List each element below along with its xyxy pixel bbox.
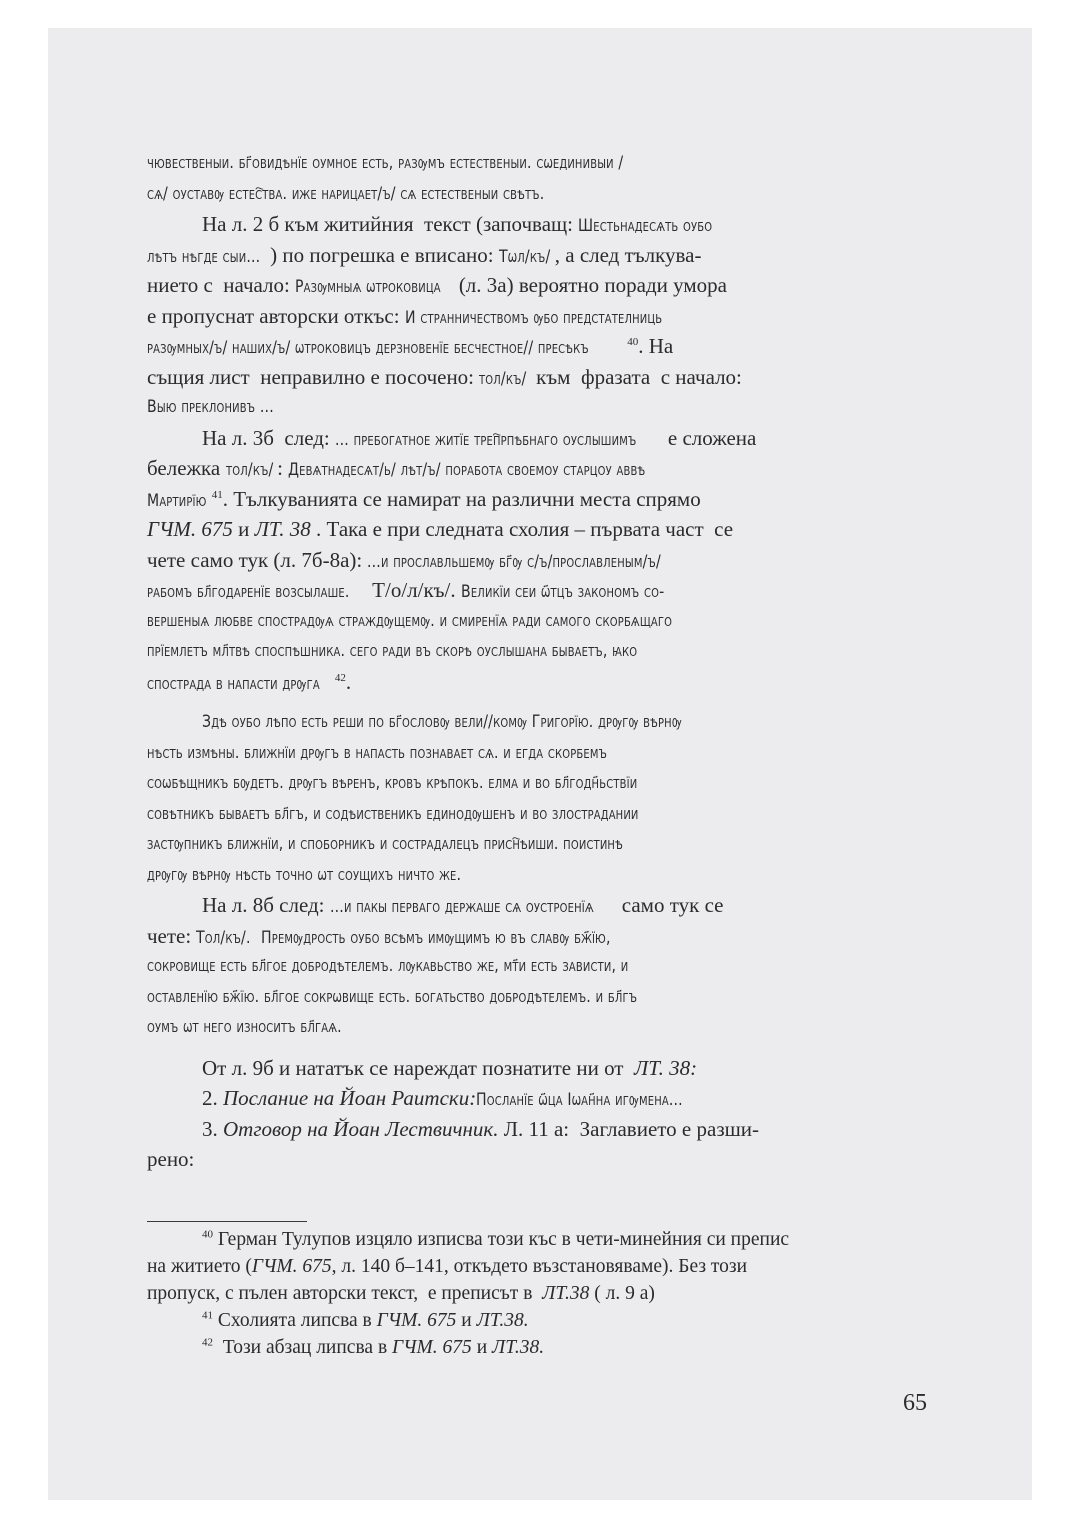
- footnote-number: 42: [202, 1337, 213, 1349]
- text-line: На л. 2 б към житийния текст (започващ: …: [147, 209, 937, 240]
- text-line: бележка тол/къ/: Девѧтнадесѧт/ь/ лѣт/ъ/ …: [147, 453, 937, 484]
- footnote-number: 40: [202, 1229, 213, 1241]
- slavonic-quote: сокровище есть бл҃гое добродѣтелемъ. лѹк…: [147, 951, 628, 982]
- slavonic-quote: лѣтъ нѣгде сыи...: [147, 242, 260, 273]
- slavonic-quote: тол/къ/: [226, 455, 273, 486]
- slavonic-quote: Здѣ оубо лѣпо есть реши по бг҃ословѹ вел…: [202, 707, 682, 738]
- page-number: 65: [903, 1390, 927, 1417]
- slavonic-quote: Посланїе ѡ҃ца Іѡан҃на игѹмена...: [476, 1085, 683, 1116]
- slavonic-quote: Великїи сеи ѡ҃тцъ закономъ со-: [461, 577, 664, 608]
- slavonic-quote: тол/къ/: [479, 364, 526, 395]
- text-line: дрѹгѹ вѣрнѹ нѣсть точно ѡт соущихъ ничто…: [147, 860, 937, 891]
- text-line: оумъ ѡт него износитъ бл҃гаѧ.: [147, 1012, 937, 1043]
- slavonic-quote: сѧ/ оуставѹ естес҇тва. иже нарицает/ъ/ с…: [147, 179, 544, 210]
- slavonic-quote: оставленїю бж҃їю. бл҃гое сокрѡвище есть.…: [147, 982, 637, 1013]
- slavonic-quote: дрѹгѹ вѣрнѹ нѣсть точно ѡт соущихъ ничто…: [147, 860, 461, 891]
- list-item: 2. Послание на Йоан Раитски:Посланїе ѡ҃ц…: [147, 1083, 937, 1114]
- work-title: Отговор на Йоан Лествичник.: [223, 1117, 499, 1141]
- text-line: Мартирїю41. Тълкуванията се намират на р…: [147, 484, 937, 515]
- text-line: ГЧМ. 675 и ЛТ. 38 . Така е при следната …: [147, 514, 937, 545]
- text-line: нѣсть измѣны. ближнїи дрѹгъ в напасть по…: [147, 738, 937, 769]
- slavonic-quote: соѡбѣщникъ бѹдетъ. дрѹгъ вѣренъ, кровъ к…: [147, 768, 637, 799]
- list-item: 3. Отговор на Йоан Лествичник. Л. 11 а: …: [147, 1114, 937, 1145]
- slavonic-quote: ... пребогатное житїе треп҇рпѣбнаго оусл…: [335, 425, 636, 456]
- footnote-42: 42 Този абзац липсва в ГЧМ. 675 и ЛТ.38.: [147, 1334, 937, 1361]
- text-line: разѹмных/ъ/ наших/ъ/ ѡтроковицъ дерзнове…: [147, 331, 937, 362]
- footnote-separator: [147, 1221, 307, 1222]
- text-line: застѹпникъ ближнїи, и споборникъ и состр…: [147, 829, 937, 860]
- slavonic-quote: ...и пакы перваго держаше сѧ оустроенїѧ: [330, 892, 594, 923]
- text-line: Выю преклонивъ ...: [147, 392, 937, 423]
- slavonic-quote: Девѧтнадесѧт/ь/ лѣт/ъ/ поработа своемоу …: [288, 455, 645, 486]
- text-line: Здѣ оубо лѣпо есть реши по бг҃ословѹ вел…: [147, 707, 937, 738]
- slavonic-quote: Выю преклонивъ ...: [147, 392, 274, 423]
- slavonic-quote: Разѹмныѧ ѡтроковица: [295, 272, 441, 303]
- slavonic-quote: застѹпникъ ближнїи, и споборникъ и состр…: [147, 829, 623, 860]
- slavonic-quote: спострада в напасти дрѹга: [147, 669, 320, 700]
- text-line: чювественыи. бг҃овидѣнїе оумное есть, ра…: [147, 148, 937, 179]
- footnote-40: 40 Герман Тулупов изцяло изписва този къ…: [147, 1226, 937, 1253]
- manuscript-siglum: ГЧМ. 675: [252, 1256, 332, 1277]
- manuscript-siglum: ЛТ. 38:: [634, 1056, 697, 1080]
- text-line: сѧ/ оуставѹ естес҇тва. иже нарицает/ъ/ с…: [147, 179, 937, 210]
- slavonic-quote: оумъ ѡт него износитъ бл҃гаѧ.: [147, 1012, 342, 1043]
- slavonic-quote: чювественыи. бг҃овидѣнїе оумное есть, ра…: [147, 148, 623, 179]
- slavonic-quote: Мартирїю: [147, 486, 207, 517]
- slavonic-quote: прїемлетъ мл҃твѣ споспѣшника. сего ради …: [147, 636, 637, 667]
- text-line: На л. 3б след: ... пребогатное житїе тре…: [147, 423, 937, 454]
- text-line: спострада в напасти дрѹга42.: [147, 667, 937, 698]
- slavonic-quote: Шестьнадесѧть оубо: [578, 211, 712, 242]
- slavonic-quote: рабомъ бл҃годаренїе возсылаше.: [147, 577, 354, 608]
- text-line: На л. 8б след: ...и пакы перваго держаше…: [147, 890, 937, 921]
- text-line: оставленїю бж҃їю. бл҃гое сокрѡвище есть.…: [147, 982, 937, 1013]
- manuscript-siglum: ЛТ.38: [542, 1283, 589, 1304]
- text-line: От л. 9б и нататък се нареждат познатите…: [147, 1053, 937, 1084]
- text-line: лѣтъ нѣгде сыи...) по погрешка е вписано…: [147, 240, 937, 271]
- footnote-ref-42[interactable]: 42: [335, 672, 346, 684]
- footnote-41: 41 Схолията липсва в ГЧМ. 675 и ЛТ.38.: [147, 1307, 937, 1334]
- text-line: е пропуснат авторски откъс: И странничес…: [147, 301, 937, 332]
- text-line: совѣтникъ бываетъ бл҃гъ, и содѣиственикъ…: [147, 799, 937, 830]
- text-line: сокровище есть бл҃гое добродѣтелемъ. лѹк…: [147, 951, 937, 982]
- slavonic-quote: нѣсть измѣны. ближнїи дрѹгъ в напасть по…: [147, 738, 607, 769]
- footnote-ref-41[interactable]: 41: [212, 489, 223, 501]
- text-line: същия лист неправилно е посочено: тол/къ…: [147, 362, 937, 393]
- slavonic-quote: разѹмных/ъ/ наших/ъ/ ѡтроковицъ дерзнове…: [147, 333, 589, 364]
- text-line: соѡбѣщникъ бѹдетъ. дрѹгъ вѣренъ, кровъ к…: [147, 768, 937, 799]
- footnote-ref-40[interactable]: 40: [627, 336, 638, 348]
- text-line: рено:: [147, 1144, 937, 1175]
- text-line: прїемлетъ мл҃твѣ споспѣшника. сего ради …: [147, 636, 937, 667]
- manuscript-siglum: ЛТ. 38: [255, 517, 311, 541]
- text-line: нието с начало: Разѹмныѧ ѡтроковица (л. …: [147, 270, 937, 301]
- footnote-40-line: на житието (ГЧМ. 675, л. 140 б–141, откъ…: [147, 1253, 937, 1280]
- slavonic-quote: вершеныѧ любве спострадѹѧ страждѹщемѹ. и…: [147, 606, 672, 637]
- text-line: чете само тук (л. 7б-8а): ...и прославль…: [147, 545, 937, 576]
- manuscript-siglum: ГЧМ. 675: [147, 517, 233, 541]
- footnotes: 40 Герман Тулупов изцяло изписва този къ…: [147, 1226, 937, 1361]
- slavonic-quote: Тол/къ/.: [196, 923, 255, 954]
- slavonic-quote: ...и прославльшемѹ бг҃ѹ с/ъ/прославленым…: [367, 547, 661, 578]
- footnote-40-line: пропуск, с пълен авторски текст, е препи…: [147, 1280, 937, 1307]
- slavonic-quote: Премѹдрость оубо всѣмъ имѹщимъ ю въ слав…: [261, 923, 611, 954]
- text-line: рабомъ бл҃годаренїе возсылаше. Т/о/л/къ/…: [147, 575, 937, 606]
- text-line: чете: Тол/къ/. Премѹдрость оубо всѣмъ им…: [147, 921, 937, 952]
- footnote-number: 41: [202, 1310, 213, 1322]
- paragraph-text: На л. 2 б към житийния текст (започващ: …: [202, 209, 724, 240]
- text-line: вершеныѧ любве спострадѹѧ страждѹщемѹ. и…: [147, 606, 937, 637]
- work-title: Послание на Йоан Раитски:: [223, 1086, 476, 1110]
- slavonic-quote: И странничествомъ ѹбо предстателниць: [405, 303, 662, 334]
- slavonic-quote: Тѡл/къ/: [499, 242, 550, 273]
- slavonic-quote: совѣтникъ бываетъ бл҃гъ, и содѣиственикъ…: [147, 799, 639, 830]
- main-text: чювественыи. бг҃овидѣнїе оумное есть, ра…: [147, 148, 937, 1175]
